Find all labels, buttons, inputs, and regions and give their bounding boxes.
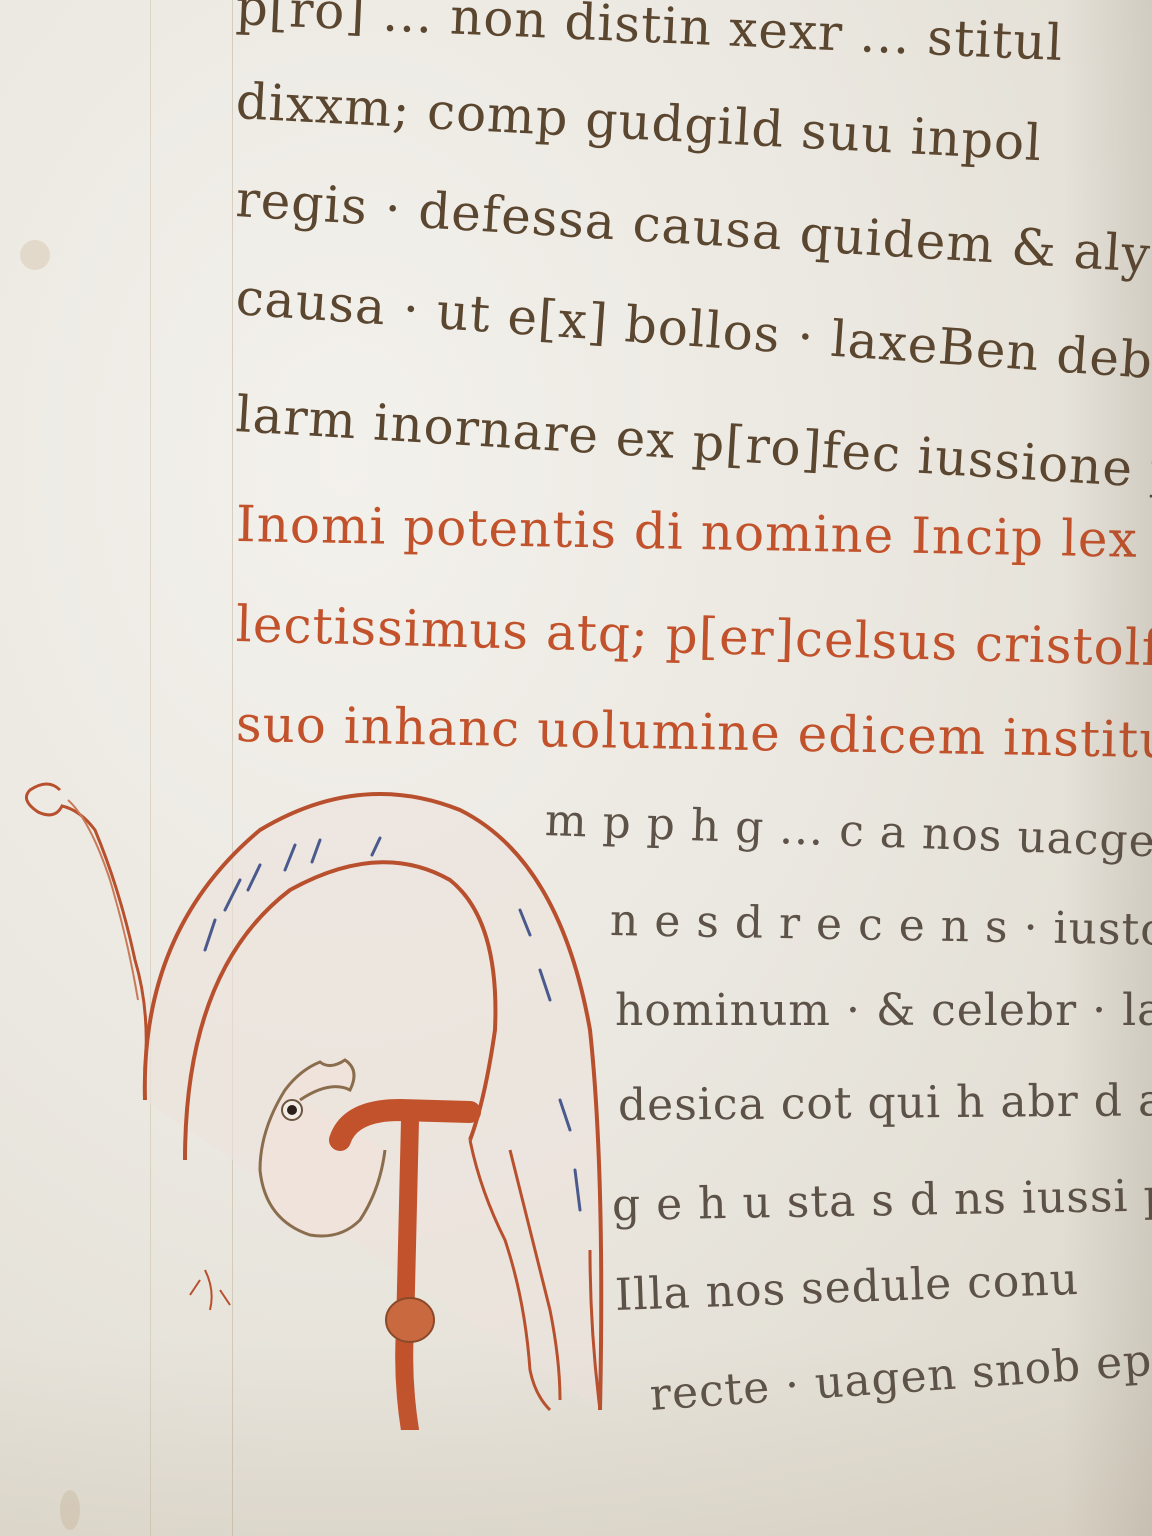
text-line-1: p[ro] ... non distin xexr ... stitul xyxy=(235,0,1065,72)
dragon-foreleg xyxy=(26,784,146,1070)
rubric-line-3: suo inhanc uolumine edicem instituit xyxy=(235,695,1152,770)
rubric-line-1: Inomi potentis di nomine Incip lex xyxy=(235,495,1138,569)
text-line-3: regis · defessa causa quidem & alya xyxy=(234,170,1152,286)
body-line-6: Illa nos sedule conu xyxy=(614,1254,1080,1321)
page-bottom-shadow xyxy=(0,1336,1152,1536)
dragon-foot xyxy=(190,1270,230,1310)
rubric-line-2: lectissimus atq; p[er]celsus cristolfus … xyxy=(235,595,1152,681)
page-curve-shadow xyxy=(1062,0,1152,1536)
manuscript-page: p[ro] ... non distin xexr ... stitul dix… xyxy=(0,0,1152,1536)
text-line-2: dixxm; comp gudgild suu inpol xyxy=(234,72,1043,172)
parchment-stain xyxy=(20,240,50,270)
text-line-4: causa · ut e[x] bollos · laxeBen debean xyxy=(234,268,1152,397)
dragon-initial-illustration xyxy=(0,770,660,1430)
text-line-5: larm inornare ex p[ro]fec iussione p[re]… xyxy=(234,385,1152,510)
